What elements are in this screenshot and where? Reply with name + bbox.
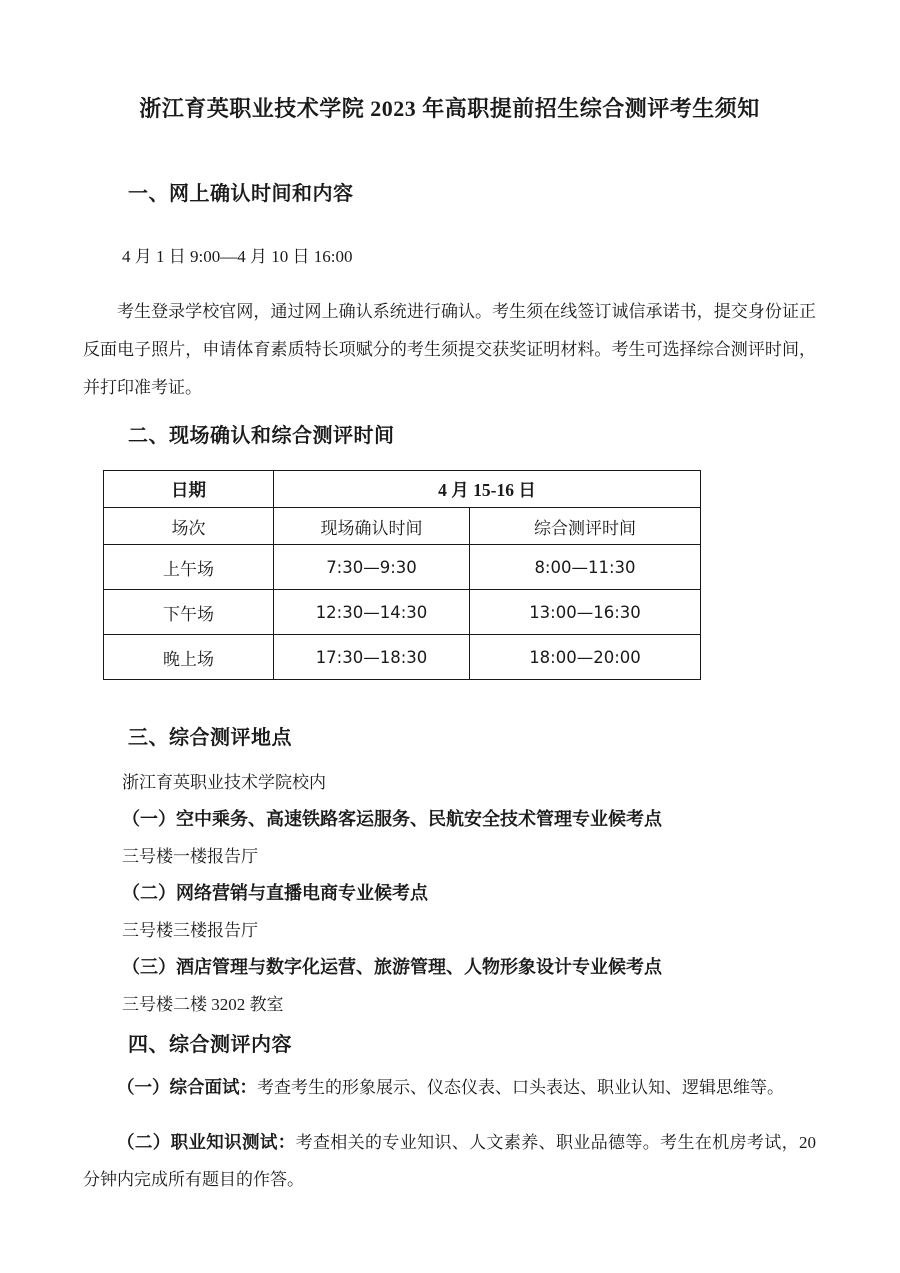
section2-heading: 二、现场确认和综合测评时间 — [83, 424, 816, 448]
item-label: （二）职业知识测试： — [117, 1132, 296, 1152]
venue-location: 三号楼二楼 3202 教室 — [122, 986, 816, 1023]
venue-label: （三）酒店管理与数字化运营、旅游管理、人物形象设计专业候考点 — [122, 949, 816, 986]
eval-content-item: （二）职业知识测试：考查相关的专业知识、人文素养、职业品德等。考生在机房考试，2… — [83, 1124, 816, 1199]
session-cell: 上午场 — [104, 545, 274, 590]
column-header-confirm-time: 现场确认时间 — [274, 508, 470, 545]
date-label-cell: 日期 — [104, 471, 274, 508]
confirm-time-cell: 7:30—9:30 — [274, 545, 470, 590]
table-header-row: 场次 现场确认时间 综合测评时间 — [104, 508, 701, 545]
venue-location: 三号楼三楼报告厅 — [122, 912, 816, 949]
column-header-eval-time: 综合测评时间 — [470, 508, 701, 545]
section4-heading: 四、综合测评内容 — [83, 1033, 816, 1057]
venue-intro: 浙江育英职业技术学院校内 — [122, 764, 816, 801]
table-row: 上午场 7:30—9:30 8:00—11:30 — [104, 545, 701, 590]
venue-list: 浙江育英职业技术学院校内 （一）空中乘务、高速铁路客运服务、民航安全技术管理专业… — [83, 764, 816, 1023]
section1-heading: 一、网上确认时间和内容 — [83, 182, 816, 206]
eval-time-cell: 18:00—20:00 — [470, 635, 701, 680]
confirm-time-cell: 17:30—18:30 — [274, 635, 470, 680]
venue-label: （二）网络营销与直播电商专业候考点 — [122, 875, 816, 912]
online-confirm-paragraph: 考生登录学校官网，通过网上确认系统进行确认。考生须在线签订诚信承诺书，提交身份证… — [83, 293, 816, 407]
eval-content-item: （一）综合面试：考查考生的形象展示、仪态仪表、口头表达、职业认知、逻辑思维等。 — [83, 1069, 816, 1107]
session-cell: 晚上场 — [104, 635, 274, 680]
column-header-session: 场次 — [104, 508, 274, 545]
table-row: 晚上场 17:30—18:30 18:00—20:00 — [104, 635, 701, 680]
online-confirm-time-range: 4 月 1 日 9:00—4 月 10 日 16:00 — [83, 247, 816, 267]
eval-time-cell: 13:00—16:30 — [470, 590, 701, 635]
venue-location: 三号楼一楼报告厅 — [122, 838, 816, 875]
confirm-time-cell: 12:30—14:30 — [274, 590, 470, 635]
schedule-table: 日期 4 月 15-16 日 场次 现场确认时间 综合测评时间 上午场 7:30… — [103, 470, 701, 680]
session-cell: 下午场 — [104, 590, 274, 635]
item-label: （一）综合面试： — [117, 1077, 257, 1097]
venue-label: （一）空中乘务、高速铁路客运服务、民航安全技术管理专业候考点 — [122, 801, 816, 838]
section3-heading: 三、综合测评地点 — [83, 726, 816, 750]
table-row: 日期 4 月 15-16 日 — [104, 471, 701, 508]
page-title: 浙江育英职业技术学院 2023 年高职提前招生综合测评考生须知 — [83, 93, 816, 125]
eval-time-cell: 8:00—11:30 — [470, 545, 701, 590]
item-text: 考查考生的形象展示、仪态仪表、口头表达、职业认知、逻辑思维等。 — [257, 1078, 784, 1097]
document-page: 浙江育英职业技术学院 2023 年高职提前招生综合测评考生须知 一、网上确认时间… — [0, 0, 900, 1273]
date-value-cell: 4 月 15-16 日 — [274, 471, 701, 508]
table-row: 下午场 12:30—14:30 13:00—16:30 — [104, 590, 701, 635]
